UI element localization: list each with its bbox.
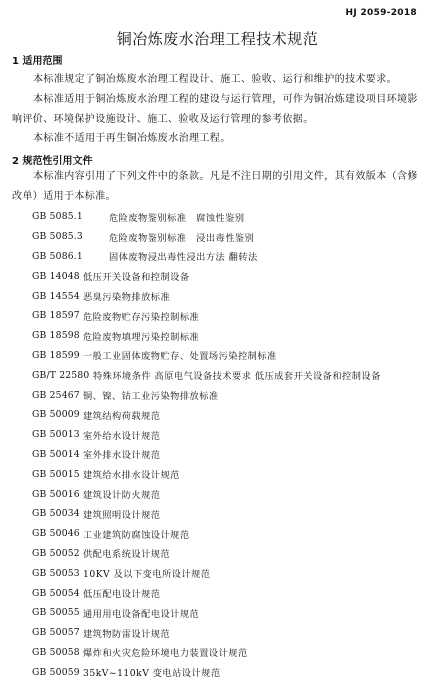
reference-item: GB 18598危险废物填埋污染控制标准 bbox=[32, 326, 381, 346]
reference-item: GB 50016建筑设计防火规范 bbox=[32, 484, 381, 504]
reference-item: GB 50014室外排水设计规范 bbox=[32, 445, 381, 465]
reference-code: GB 50014 bbox=[32, 449, 72, 460]
reference-code: GB 50053 bbox=[32, 568, 72, 579]
reference-code: GB 50057 bbox=[32, 627, 72, 638]
reference-item: GB 50046工业建筑防腐蚀设计规范 bbox=[32, 524, 381, 544]
reference-title: 建筑物防雷设计规范 bbox=[83, 626, 170, 640]
reference-code: GB 50046 bbox=[32, 528, 72, 539]
reference-code: GB 25467 bbox=[32, 390, 72, 401]
reference-item: GB 50058爆炸和火灾危险环境电力装置设计规范 bbox=[32, 643, 381, 663]
reference-item: GB 18599一般工业固体废物贮存、处置场污染控制标准 bbox=[32, 346, 381, 366]
reference-code: GB 50016 bbox=[32, 489, 72, 500]
reference-code: GB 50009 bbox=[32, 409, 72, 420]
reference-title: 一般工业固体废物贮存、处置场污染控制标准 bbox=[83, 348, 277, 362]
reference-code: GB 18597 bbox=[32, 310, 72, 321]
scope-paragraph-1: 本标准规定了铜冶炼废水治理工程设计、施工、验收、运行和维护的技术要求。 bbox=[12, 70, 424, 90]
reference-code: GB 50054 bbox=[32, 588, 72, 599]
scope-paragraph-2: 本标准适用于铜冶炼废水治理工程的建设与运行管理，可作为铜冶炼建设项目环境影响评价… bbox=[12, 90, 424, 129]
reference-code: GB 18599 bbox=[32, 350, 72, 361]
reference-title: 危险废物贮存污染控制标准 bbox=[83, 309, 199, 323]
reference-code: GB 5086.1 bbox=[32, 251, 98, 262]
reference-code: GB 50058 bbox=[32, 647, 72, 658]
reference-code: GB 50034 bbox=[32, 508, 72, 519]
reference-title: 建筑照明设计规范 bbox=[83, 507, 161, 521]
reference-title: 爆炸和火灾危险环境电力装置设计规范 bbox=[83, 645, 248, 659]
reference-item: GB 50013室外给水设计规范 bbox=[32, 425, 381, 445]
reference-title: 危险废物填埋污染控制标准 bbox=[83, 329, 199, 343]
reference-title: 特殊环境条件 高原电气设备技术要求 低压成套开关设备和控制设备 bbox=[93, 368, 381, 382]
reference-item: GB 50057建筑物防雷设计规范 bbox=[32, 623, 381, 643]
scope-paragraph-3: 本标准不适用于再生铜冶炼废水治理工程。 bbox=[12, 129, 424, 149]
reference-item: GB 5085.3危险废物鉴别标准 浸出毒性鉴别 bbox=[32, 227, 381, 247]
reference-title: 工业建筑防腐蚀设计规范 bbox=[83, 527, 190, 541]
reference-code: GB 5085.1 bbox=[32, 211, 98, 222]
reference-code: GB/T 22580 bbox=[32, 370, 82, 381]
reference-item: GB 14048低压开关设备和控制设备 bbox=[32, 266, 381, 286]
reference-title: 危险废物鉴别标准 腐蚀性鉴别 bbox=[109, 210, 245, 224]
reference-title: 低压配电设计规范 bbox=[83, 586, 161, 600]
reference-code: GB 50059 bbox=[32, 667, 72, 678]
reference-code: GB 50013 bbox=[32, 429, 72, 440]
reference-item: GB 14554恶臭污染物排放标准 bbox=[32, 286, 381, 306]
reference-title: 建筑设计防火规范 bbox=[83, 487, 161, 501]
reference-code: GB 18598 bbox=[32, 330, 72, 341]
reference-title: 35kV~110kV 变电站设计规范 bbox=[83, 665, 221, 679]
section-heading-normative-references: 2 规范性引用文件 bbox=[12, 152, 92, 167]
reference-code: GB 14048 bbox=[32, 271, 72, 282]
reference-item: GB 50055通用用电设备配电设计规范 bbox=[32, 603, 381, 623]
reference-title: 固体废物浸出毒性浸出方法 翻转法 bbox=[109, 249, 258, 263]
references-intro-paragraph: 本标准内容引用了下列文件中的条款。凡是不注日期的引用文件，其有效版本（含修改单）… bbox=[12, 167, 424, 206]
standard-code: HJ 2059-2018 bbox=[346, 8, 417, 18]
reference-list: GB 5085.1危险废物鉴别标准 腐蚀性鉴别 GB 5085.3危险废物鉴别标… bbox=[32, 207, 381, 682]
reference-code: GB 14554 bbox=[32, 291, 72, 302]
section-heading-scope: 1 适用范围 bbox=[12, 52, 62, 67]
reference-title: 建筑结构荷载规范 bbox=[83, 408, 161, 422]
reference-title: 室外给水设计规范 bbox=[83, 428, 161, 442]
reference-item: GB 50052供配电系统设计规范 bbox=[32, 544, 381, 564]
reference-code: GB 50015 bbox=[32, 469, 72, 480]
reference-code: GB 5085.3 bbox=[32, 231, 98, 242]
reference-item: GB 50054低压配电设计规范 bbox=[32, 583, 381, 603]
reference-item: GB 50009建筑结构荷载规范 bbox=[32, 405, 381, 425]
reference-item: GB 5005310KV 及以下变电所设计规范 bbox=[32, 563, 381, 583]
reference-title: 恶臭污染物排放标准 bbox=[83, 289, 170, 303]
reference-item: GB 25467铜、镍、钴工业污染物排放标准 bbox=[32, 385, 381, 405]
reference-item: GB 50034建筑照明设计规范 bbox=[32, 504, 381, 524]
reference-title: 通用用电设备配电设计规范 bbox=[83, 606, 199, 620]
reference-item: GB/T 22580特殊环境条件 高原电气设备技术要求 低压成套开关设备和控制设… bbox=[32, 365, 381, 385]
reference-item: GB 5005935kV~110kV 变电站设计规范 bbox=[32, 662, 381, 682]
reference-title: 建筑给水排水设计规范 bbox=[83, 467, 180, 481]
reference-title: 10KV 及以下变电所设计规范 bbox=[83, 566, 210, 580]
reference-code: GB 50055 bbox=[32, 607, 72, 618]
reference-title: 室外排水设计规范 bbox=[83, 447, 161, 461]
reference-item: GB 5086.1固体废物浸出毒性浸出方法 翻转法 bbox=[32, 247, 381, 267]
reference-item: GB 5085.1危险废物鉴别标准 腐蚀性鉴别 bbox=[32, 207, 381, 227]
reference-title: 铜、镍、钴工业污染物排放标准 bbox=[83, 388, 219, 402]
document-title: 铜冶炼废水治理工程技术规范 bbox=[0, 28, 435, 49]
reference-title: 供配电系统设计规范 bbox=[83, 546, 170, 560]
reference-code: GB 50052 bbox=[32, 548, 72, 559]
reference-item: GB 18597危险废物贮存污染控制标准 bbox=[32, 306, 381, 326]
reference-item: GB 50015建筑给水排水设计规范 bbox=[32, 464, 381, 484]
reference-title: 危险废物鉴别标准 浸出毒性鉴别 bbox=[109, 230, 254, 244]
reference-title: 低压开关设备和控制设备 bbox=[83, 269, 190, 283]
